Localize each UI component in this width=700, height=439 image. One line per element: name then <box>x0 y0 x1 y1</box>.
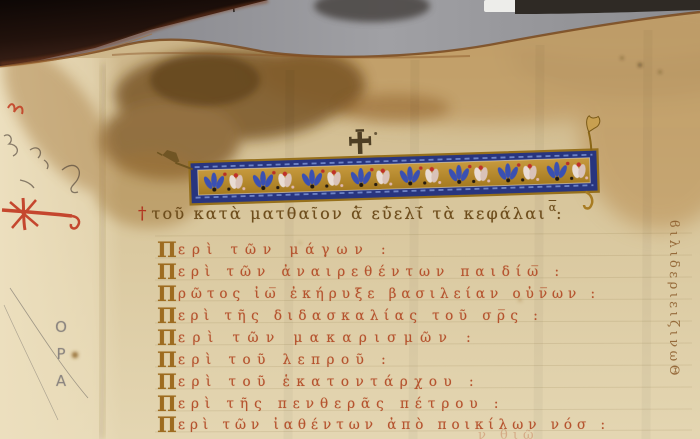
chapter-initial: Π <box>157 305 178 326</box>
faint-stamp: Ο Ρ Α <box>52 314 70 395</box>
chapter-initial: Π <box>157 349 178 370</box>
chapter-text: ερὶ τοῦ ἑκατοντάρχου : <box>178 374 480 391</box>
chapter-line: Π ερὶ τοῦ λεπροῦ : <box>157 352 392 370</box>
chapter-text: ρῶτος ἰω̅ ἐκήρυξε βασιλείαν οὐν̅ων : <box>178 286 600 303</box>
chapter-line: Π ερὶ τῶν μακαρισμῶν : <box>157 330 478 348</box>
chapter-line: Π ερὶ τῆς πενθερᾶς πέτρου : <box>157 396 504 414</box>
chapter-initial: Π <box>157 327 178 348</box>
chapter-line: Π ερὶ τῆς διδασκαλίας τοῦ σρ̅ς : <box>157 308 543 326</box>
chapter-text: ερὶ τῶν μακαρισμῶν : <box>178 330 478 347</box>
title-punctuation: : <box>556 204 561 223</box>
chapter-text: ερὶ τῶν ἰαθέντων ἀπὸ ποικίλων νόσ : <box>178 417 610 434</box>
manuscript-photo: †τοῦ κατὰ ματθαῖον ἁ̅ εὐ̅ελί̅ τὰ κεφάλαι… <box>0 0 700 439</box>
partial-next-line: ν θιῶ <box>478 428 539 439</box>
chapter-text: ερὶ τῶν ἀναιρεθέντων παιδίω̅ : <box>178 264 565 281</box>
chapter-initial: Π <box>157 239 178 260</box>
text-layer: †τοῦ κατὰ ματθαῖον ἁ̅ εὐ̅ελί̅ τὰ κεφάλαι… <box>0 0 700 439</box>
chapter-line: Π ερὶ τοῦ ἑκατοντάρχου : <box>157 374 480 392</box>
chapter-initial: Π <box>157 261 178 282</box>
chapter-text: ερὶ τῆς διδασκαλίας τοῦ σρ̅ς : <box>178 308 543 325</box>
chapter-line: Π ερὶ τῶν ἀναιρεθέντων παιδίω̅ : <box>157 264 565 282</box>
chapter-text: ερὶ τῶν μάγων : <box>178 242 393 259</box>
chapter-initial: Π <box>157 414 178 435</box>
title-text: τοῦ κατὰ ματθαῖον ἁ̅ εὐ̅ελί̅ τὰ κεφάλαι <box>152 204 547 223</box>
chapter-initial: Π <box>157 371 178 392</box>
chapter-text: ερὶ τοῦ λεπροῦ : <box>178 352 392 369</box>
chapter-line: Π ερὶ τῶν μάγων : <box>157 242 393 260</box>
chapter-initial: Π <box>157 283 178 304</box>
chapter-initial: Π <box>157 393 178 414</box>
chapter-line: Π ρῶτος ἰω̅ ἐκήρυξε βασιλείαν οὐν̅ων : <box>157 286 600 304</box>
chapter-line: Π ερὶ τῶν ἰαθέντων ἀπὸ ποικίλων νόσ : <box>157 417 610 435</box>
stamp-letter: Ο <box>52 314 70 341</box>
fore-edge-inscription: ϐιλιδεριειζινωΘ <box>666 220 681 379</box>
chapter-text: ερὶ τῆς πενθερᾶς πέτρου : <box>178 396 504 413</box>
stamp-letter: Ρ <box>52 341 70 368</box>
title-cross: † <box>138 204 147 224</box>
title-superscript: α <box>549 201 556 214</box>
kephalaia-title: †τοῦ κατὰ ματθαῖον ἁ̅ εὐ̅ελί̅ τὰ κεφάλαι… <box>138 204 562 224</box>
stamp-letter: Α <box>52 368 70 395</box>
